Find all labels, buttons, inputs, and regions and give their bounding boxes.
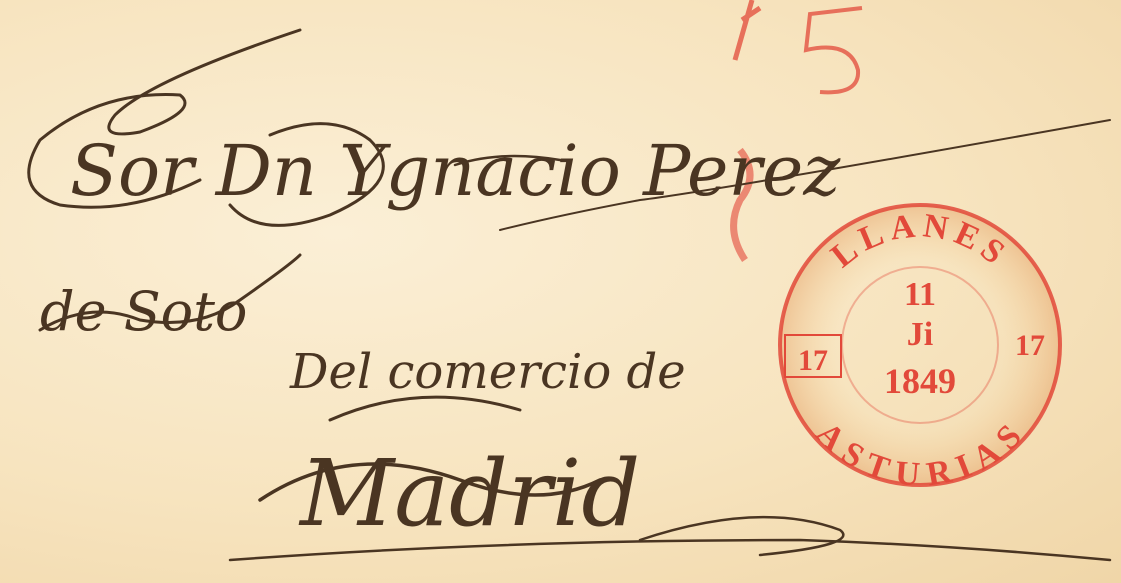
postmark-year: 1849	[884, 361, 956, 401]
envelope-photo: LLANES ASTURIAS 11 Ji 1849 17 17	[0, 0, 1121, 583]
address-line-2: de Soto	[40, 280, 247, 343]
postmark-right-number: 17	[1015, 329, 1045, 362]
postmark-left-number: 17	[798, 344, 828, 377]
address-line-3: Del comercio de	[289, 344, 686, 400]
address-block: Sor Dn Ygnacio Perez de Soto Del comerci…	[40, 130, 841, 547]
postmark-month: Ji	[907, 316, 933, 353]
envelope-artwork: LLANES ASTURIAS 11 Ji 1849 17 17	[0, 0, 1121, 583]
postmark: LLANES ASTURIAS 11 Ji 1849 17 17	[780, 205, 1060, 494]
postmark-day: 11	[904, 276, 936, 313]
address-line-4: Madrid	[298, 440, 640, 547]
address-line-1: Sor Dn Ygnacio Perez	[70, 130, 841, 212]
